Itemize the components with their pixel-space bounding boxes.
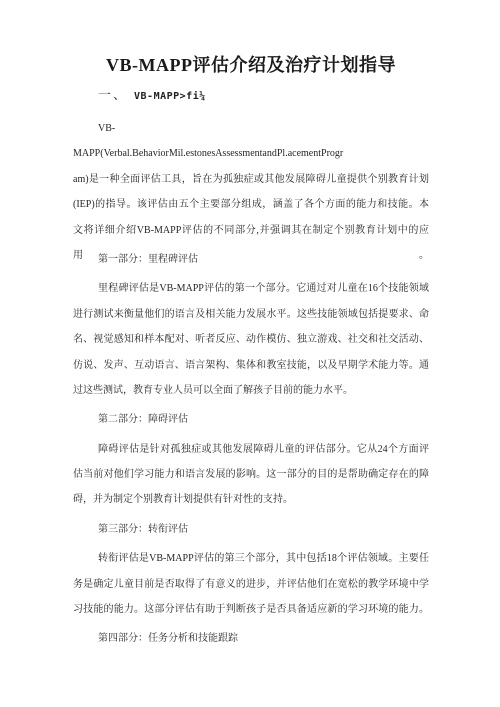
text-line: 转衔评估是VB-MAPP评估的第三个部分，其中包括18个评估领域。主要任 (73, 546, 429, 571)
text-line: (IEP)的指导。该评估由五个主要部分组成，涵盖了各个方面的能力和技能。本 (73, 192, 429, 217)
text-line: 估当前对他们学习能力和语言发展的影响。这一部分的目的是帮助确定存在的障 (73, 462, 429, 487)
section-heading-number: 一、 (98, 87, 128, 102)
text-line: 习技能的能力。这部分评估有助于判断孩子是否具备适应新的学习环境的能力。 (73, 597, 429, 622)
text-line: 障碍评估是针对孤独症或其他发展障碍儿童的评估部分。它从24个方面评 (73, 437, 429, 462)
part-subheading: 第二部分：障碍评估 (73, 407, 429, 432)
text-line: VB- (73, 116, 429, 141)
document-title: VB-MAPP评估介绍及治疗计划指导 (73, 52, 429, 78)
text-line: 进行测试来衡量他们的语言及相关能力发展水平。这些技能领域包括提要求、命 (73, 302, 429, 327)
text-line: 仿说、发声、互动语言、语言架构、集体和教室技能，以及早期学术能力等。通 (73, 353, 429, 378)
text-line: 务是确定儿童目前是否取得了有意义的进步，并评估他们在宽松的教学环境中学 (73, 572, 429, 597)
text-line: 碍，并为制定个别教育计划提供有针对性的支持。 (73, 487, 429, 512)
text-line: 过这些测试，教育专业人员可以全面了解孩子目前的能力水平。 (73, 378, 429, 403)
part-subheading: 第三部分：转衔评估 (73, 517, 429, 542)
text-line: 文将详细介绍VB-MAPP评估的不同部分,并强调其在制定个别教育计划中的应用。 (73, 218, 429, 243)
text-line: 里程碑评估是VB-MAPP评估的第一个部分。它通过对儿童在16个技能领域 (73, 276, 429, 301)
text-line: 名、视觉感知和样本配对、听者反应、动作模仿、独立游戏、社交和社交活动、 (73, 327, 429, 352)
section-heading-label: VB-MAPP>fi¼ (134, 91, 206, 102)
text-line: am)是一种全面评估工具，旨在为孤独症或其他发展障碍儿童提供个别教育计划 (73, 167, 429, 192)
text-line: MAPP(Verbal.BehaviorMil.estonesAssessmen… (73, 141, 429, 166)
document-page: VB-MAPP评估介绍及治疗计划指导 一、VB-MAPP>fi¼ VB-MAPP… (0, 0, 500, 707)
document-body: VB-MAPP(Verbal.BehaviorMil.estonesAssess… (73, 116, 429, 652)
part-subheading: 第四部分：任务分析和技能跟踪 (73, 626, 429, 651)
section-heading: 一、VB-MAPP>fi¼ (73, 87, 429, 105)
